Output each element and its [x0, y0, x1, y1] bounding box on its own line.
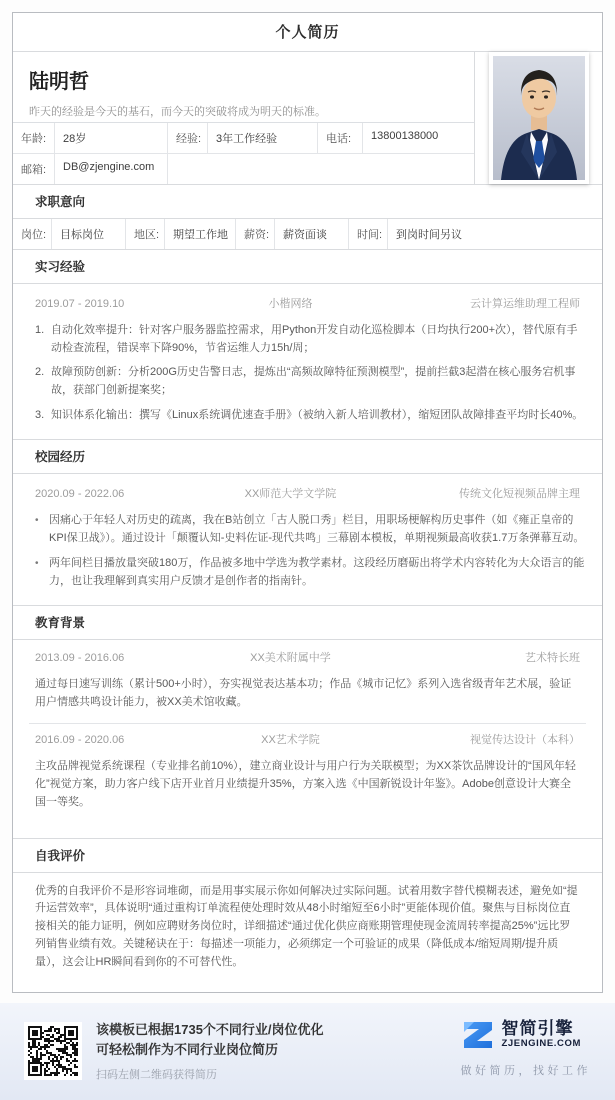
self-evaluation-text: 优秀的自我评价不是形容词堆砌，而是用事实展示你如何解决过实际问题。试着用数字替代… [29, 881, 586, 978]
salary-value: 薪资面谈 [275, 219, 349, 249]
email-label: 邮箱: [13, 154, 55, 184]
point-text: 故障预防创新：分析200G历史告警日志，提炼出“高频故障特征预测模型”，提前拦截… [51, 364, 586, 400]
salary-label: 薪资: [236, 219, 275, 249]
list-item: 因痛心于年轻人对历史的疏离，我在B站创立「古人脱口秀」栏目，用职场梗解构历史事件… [35, 512, 586, 548]
table-row: 邮箱: DB@zjengine.com [13, 153, 474, 184]
resume-card: 个人简历 陆明哲 昨天的经验是今天的基石，而今天的突破将成为明天的标准。 年龄:… [12, 12, 603, 993]
person-name: 陆明哲 [29, 65, 458, 94]
section-internship: 实习经验 2019.07 - 2019.10 小楷网络 云计算运维助理工程师 自… [13, 250, 602, 440]
major: 视觉传达设计（本科） [376, 732, 580, 750]
education-meta: 2016.09 - 2020.06 XX艺术学院 视觉传达设计（本科） [29, 728, 586, 758]
time-label: 时间: [349, 219, 388, 249]
point-text: 自动化效率提升：针对客户服务器监控需求，用Python开发自动化巡检脚本（日均执… [51, 322, 586, 358]
area-label: 地区: [126, 219, 165, 249]
personal-tagline: 昨天的经验是今天的基石，而今天的突破将成为明天的标准。 [29, 103, 458, 119]
list-item: 自动化效率提升：针对客户服务器监控需求，用Python开发自动化巡检脚本（日均执… [35, 322, 586, 358]
section-job-intent: 求职意向 岗位: 目标岗位 地区: 期望工作地 薪资: 薪资面谈 时间: 到岗时… [13, 185, 602, 250]
school: XX艺术学院 [205, 732, 375, 750]
brand-domain: ZJENGINE.COM [502, 1039, 582, 1049]
phone-value: 13800138000 [363, 123, 474, 153]
experience-value: 3年工作经验 [208, 123, 318, 153]
section-education: 教育背景 2013.09 - 2016.06 XX美术附属中学 艺术特长班 通过… [13, 606, 602, 839]
school: XX美术附属中学 [205, 650, 375, 668]
campus-points: 因痛心于年轻人对历史的疏离，我在B站创立「古人脱口秀」栏目，用职场梗解构历史事件… [29, 512, 586, 591]
section-title: 求职意向 [13, 185, 602, 219]
promo-footer: 该模板已根据1735个不同行业/岗位优化 可轻松制作为不同行业岗位简历 扫码左侧… [0, 1003, 615, 1100]
id-photo [489, 52, 589, 184]
education-description: 通过每日速写训练（累计500+小时），夯实视觉表达基本功；作品《城市记忆》系列入… [29, 676, 586, 712]
section-title: 校园经历 [13, 440, 602, 474]
brand-name-cn: 智简引擎 [502, 1020, 582, 1037]
post-label: 岗位: [13, 219, 52, 249]
scan-hint: 扫码左侧二维码获得简历 [96, 1066, 453, 1082]
education-entry: 2013.09 - 2016.06 XX美术附属中学 艺术特长班 通过每日速写训… [29, 644, 586, 724]
major: 艺术特长班 [376, 650, 580, 668]
list-item: 知识体系化输出：撰写《Linux系统调优速查手册》（被纳入新人培训教材），缩短团… [35, 407, 586, 425]
period: 2020.09 - 2022.06 [35, 486, 205, 504]
page-title: 个人简历 [13, 13, 602, 52]
promo-line-2: 可轻松制作为不同行业岗位简历 [96, 1040, 453, 1060]
portrait-illustration [493, 56, 585, 180]
experience-label: 经验: [168, 123, 208, 153]
company: 小楷网络 [205, 296, 375, 314]
brand-slogan: 做好简历，找好工作 [461, 1062, 592, 1078]
experience-meta: 2020.09 - 2022.06 XX师范大学文学院 传统文化短视频品牌主理 [29, 482, 586, 512]
section-title: 自我评价 [13, 839, 602, 873]
period: 2013.09 - 2016.06 [35, 650, 205, 668]
list-item: 故障预防创新：分析200G历史告警日志，提炼出“高频故障特征预测模型”，提前拦截… [35, 364, 586, 400]
point-text: 因痛心于年轻人对历史的疏离，我在B站创立「古人脱口秀」栏目，用职场梗解构历史事件… [49, 512, 586, 548]
period: 2019.07 - 2019.10 [35, 296, 205, 314]
section-self-evaluation: 自我评价 优秀的自我评价不是形容词堆砌，而是用事实展示你如何解决过实际问题。试着… [13, 839, 602, 992]
brand-block: 智简引擎 ZJENGINE.COM 做好简历，找好工作 [461, 1020, 592, 1078]
area-value: 期望工作地 [165, 219, 236, 249]
qr-code-icon [24, 1022, 82, 1080]
email-value: DB@zjengine.com [55, 154, 168, 184]
table-row: 年龄: 28岁 经验: 3年工作经验 电话: 13800138000 [13, 123, 474, 153]
period: 2016.09 - 2020.06 [35, 732, 205, 750]
post-value: 目标岗位 [52, 219, 126, 249]
profile-section: 陆明哲 昨天的经验是今天的基石，而今天的突破将成为明天的标准。 年龄: 28岁 … [13, 52, 602, 185]
section-campus: 校园经历 2020.09 - 2022.06 XX师范大学文学院 传统文化短视频… [13, 440, 602, 606]
time-value: 到岗时间另议 [388, 219, 602, 249]
experience-meta: 2019.07 - 2019.10 小楷网络 云计算运维助理工程师 [29, 292, 586, 322]
education-description: 主攻品牌视觉系统课程（专业排名前10%），建立商业设计与用户行为关联模型；为XX… [29, 758, 586, 811]
empty-cell [168, 154, 474, 184]
age-label: 年龄: [13, 123, 55, 153]
role: 传统文化短视频品牌主理 [376, 486, 580, 504]
point-text: 知识体系化输出：撰写《Linux系统调优速查手册》（被纳入新人培训教材），缩短团… [51, 407, 583, 425]
promo-line-1: 该模板已根据1735个不同行业/岗位优化 [96, 1020, 453, 1040]
education-entry: 2016.09 - 2020.06 XX艺术学院 视觉传达设计（本科） 主攻品牌… [29, 726, 586, 823]
phone-label: 电话: [318, 123, 363, 153]
organization: XX师范大学文学院 [205, 486, 375, 504]
list-item: 两年间栏目播放量突破180万，作品被多地中学选为教学素材。这段经历磨砺出将学术内… [35, 555, 586, 591]
internship-points: 自动化效率提升：针对客户服务器监控需求，用Python开发自动化巡检脚本（日均执… [29, 322, 586, 425]
point-text: 两年间栏目播放量突破180万，作品被多地中学选为教学素材。这段经历磨砺出将学术内… [49, 555, 586, 591]
job-intent-table: 岗位: 目标岗位 地区: 期望工作地 薪资: 薪资面谈 时间: 到岗时间另议 [13, 219, 602, 250]
photo-cell [474, 52, 602, 184]
age-value: 28岁 [55, 123, 168, 153]
section-title: 教育背景 [13, 606, 602, 640]
z-logo-icon [461, 1020, 495, 1050]
basic-info-table: 年龄: 28岁 经验: 3年工作经验 电话: 13800138000 邮箱: D… [13, 122, 474, 184]
role: 云计算运维助理工程师 [376, 296, 580, 314]
section-title: 实习经验 [13, 250, 602, 284]
education-meta: 2013.09 - 2016.06 XX美术附属中学 艺术特长班 [29, 646, 586, 676]
